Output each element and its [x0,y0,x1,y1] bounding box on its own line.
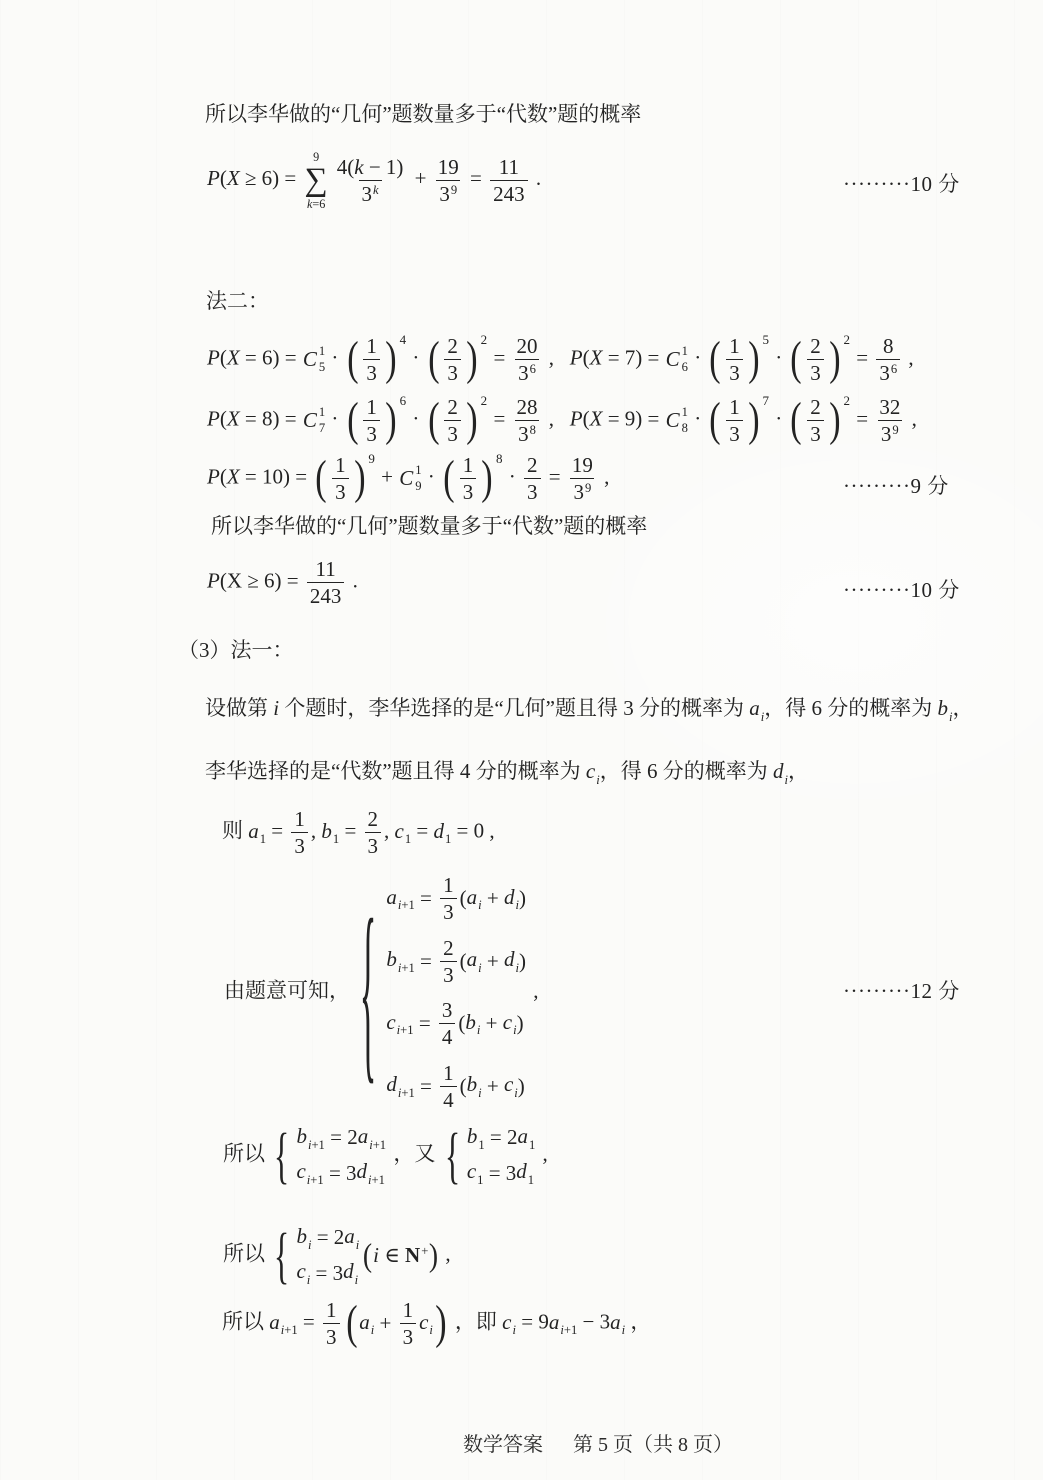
formula-so-relations-i: 所以 {bi = 2aici = 3di(i ∈ N+) , [223,1222,451,1290]
score-mark-12: ·········12 分 [843,975,960,1005]
statement-probability-2: 所以李华做的“几何”题数量多于“代数”题的概率 [211,512,647,541]
formula-p-x-10: P(X = 10) = (13)9 + C19 · (13)8 · 23 = 1… [207,452,609,506]
formula-so-a-recurrence: 所以 ai+1 = 13(ai + 13ci) ，即 ci = 9ai+1 − … [222,1297,651,1351]
formula-p-x-8-9: P(X = 8) = C17 · (13)6 · (23)2 = 2838 , … [207,394,917,448]
formula-initial-values: 则 a1 = 13, b1 = 23, c1 = d1 = 0 , [222,806,495,860]
formula-so-relations-i1: 所以 {bi+1 = 2ai+1ci+1 = 3di+1 ，又 {b1 = 2a… [223,1122,548,1190]
formula-p-x-6-7: P(X = 6) = C15 · (13)4 · (23)2 = 2036 , … [207,333,914,387]
method-two-label: 法二： [206,287,269,316]
page-footer: 数学答案第 5 页（共 8 页） [443,1405,733,1480]
footer-page-number: 第 5 页（共 8 页） [573,1434,733,1456]
formula-recurrence-system: 由题意可知， {ai+1 = 13(ai + di)bi+1 = 23(ai +… [224,872,538,1113]
score-mark-10b: ·········10 分 [843,574,960,604]
statement-probability-1: 所以李华做的“几何”题数量多于“代数”题的概率 [205,100,641,129]
answer-page: 所以李华做的“几何”题数量多于“代数”题的概率 P(X ≥ 6) = 9∑k=6… [0,0,1043,1480]
setup-line-algebra: 李华选择的是“代数”题且得 4 分的概率为 ci，得 6 分的概率为 di， [205,757,809,789]
score-mark-9: ·········9 分 [843,470,949,500]
footer-doc-label: 数学答案 [463,1434,543,1456]
score-mark-10a: ·········10 分 [843,168,960,198]
part-3-method-one-label: （3）法一： [178,636,294,665]
formula-p-x-ge-6-result: P(X ≥ 6) = 11243 . [207,556,358,610]
setup-line-geometry: 设做第 i 个题时，李华选择的是“几何”题且得 3 分的概率为 ai，得 6 分… [205,694,973,726]
formula-sum-p-x-ge-6: P(X ≥ 6) = 9∑k=64(k − 1)3k + 1939 = 1124… [207,150,541,211]
